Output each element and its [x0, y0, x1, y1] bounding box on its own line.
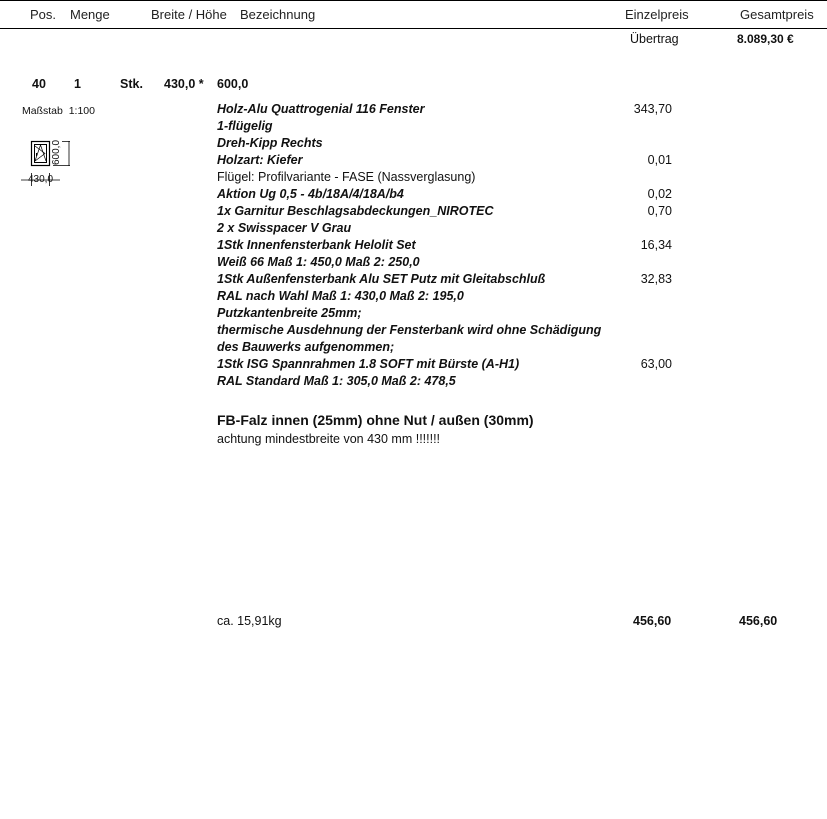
scale-label-text: Maßstab — [22, 105, 63, 117]
position-quantity: 1 — [74, 77, 81, 91]
header-rule — [0, 28, 827, 29]
description-line: 1Stk Innenfensterbank Helolit Set — [217, 237, 416, 254]
weight: ca. 15,91kg — [217, 614, 282, 628]
width-dimension: 430,0 — [28, 174, 53, 185]
carry-over-amount: 8.089,30 € — [737, 32, 794, 46]
description-line: 1Stk Außenfensterbank Alu SET Putz mit G… — [217, 271, 545, 288]
position-width: 430,0 * — [164, 77, 204, 91]
total-price: 456,60 — [739, 614, 777, 628]
line-unit-price: 16,34 — [641, 237, 672, 254]
description-line: 1x Garnitur Beschlagsabdeckungen_NIROTEC — [217, 203, 493, 220]
line-unit-price: 0,70 — [648, 203, 672, 220]
note-heading: FB-Falz innen (25mm) ohne Nut / außen (3… — [217, 412, 534, 428]
scale-label: Maßstab 1:100 — [22, 105, 95, 117]
description-line: Putzkantenbreite 25mm; — [217, 305, 361, 322]
description-line: Dreh-Kipp Rechts — [217, 135, 323, 152]
position-number: 40 — [32, 77, 46, 91]
description-line: Flügel: Profilvariante - FASE (Nassvergl… — [217, 169, 475, 186]
line-unit-price: 32,83 — [641, 271, 672, 288]
description-line: Aktion Ug 0,5 - 4b/18A/4/18A/b4 — [217, 186, 404, 203]
position-unit: Stk. — [120, 77, 143, 91]
note-text: achtung mindestbreite von 430 mm !!!!!!! — [217, 432, 440, 446]
description-line: Holzart: Kiefer — [217, 152, 302, 169]
description-line: RAL Standard Maß 1: 305,0 Maß 2: 478,5 — [217, 373, 456, 390]
line-unit-price: 343,70 — [634, 101, 672, 118]
unit-price-total: 456,60 — [633, 614, 671, 628]
description-line: 1-flügelig — [217, 118, 273, 135]
line-unit-price: 63,00 — [641, 356, 672, 373]
description-line: RAL nach Wahl Maß 1: 430,0 Maß 2: 195,0 — [217, 288, 464, 305]
header-einzelpreis: Einzelpreis — [625, 7, 689, 22]
header-pos: Pos. — [30, 7, 56, 22]
scale-value: 1:100 — [69, 105, 95, 117]
description-line: thermische Ausdehnung der Fensterbank wi… — [217, 322, 601, 339]
header-breite-hoehe: Breite / Höhe — [151, 7, 227, 22]
line-unit-price: 0,01 — [648, 152, 672, 169]
description-line: Holz-Alu Quattrogenial 116 Fenster — [217, 101, 424, 118]
header-menge: Menge — [70, 7, 110, 22]
carry-over-label: Übertrag — [630, 32, 679, 46]
position-height: 600,0 — [217, 77, 248, 91]
description-line: 2 x Swisspacer V Grau — [217, 220, 351, 237]
window-drawing: 600,0 430,0 — [18, 138, 78, 190]
top-rule — [0, 0, 827, 1]
description-line: des Bauwerks aufgenommen; — [217, 339, 394, 356]
description-line: Weiß 66 Maß 1: 450,0 Maß 2: 250,0 — [217, 254, 420, 271]
height-dimension: 600,0 — [51, 141, 62, 165]
line-unit-price: 0,02 — [648, 186, 672, 203]
description-line: 1Stk ISG Spannrahmen 1.8 SOFT mit Bürste… — [217, 356, 519, 373]
header-gesamtpreis: Gesamtpreis — [740, 7, 814, 22]
header-bezeichnung: Bezeichnung — [240, 7, 315, 22]
